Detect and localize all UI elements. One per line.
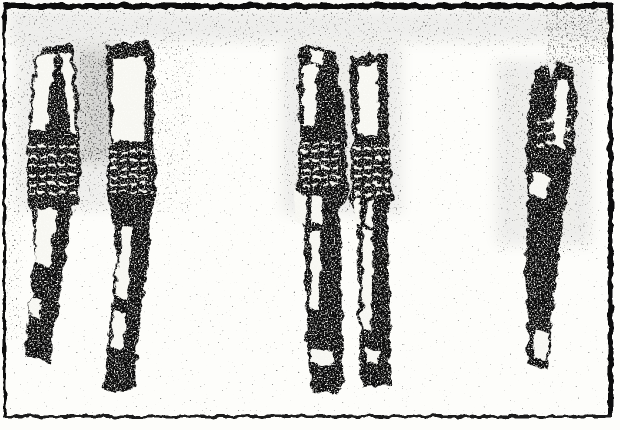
pin-4-highlight xyxy=(365,348,380,364)
pin-2-thread-rib xyxy=(110,192,152,193)
border-left xyxy=(3,3,6,418)
pin-2-thread-rib xyxy=(110,152,152,153)
photo xyxy=(0,0,620,430)
border-right xyxy=(608,3,613,418)
pin-2-thread-rib xyxy=(110,184,152,185)
pin-4-highlight xyxy=(358,63,379,136)
photo-frame xyxy=(0,0,620,430)
border-top xyxy=(3,3,613,9)
pin-2-thread-rib xyxy=(110,176,152,177)
border-bottom xyxy=(3,415,613,418)
grain-patch-medium xyxy=(152,40,194,95)
pin-3-highlight xyxy=(311,348,333,366)
pin-3-highlight xyxy=(311,50,324,64)
pin-2-thread-rib xyxy=(110,160,152,161)
pin-3-highlight xyxy=(295,192,306,225)
pin-3-highlight xyxy=(303,64,317,128)
pin-2-thread-rib xyxy=(110,168,152,169)
page: { "meta": { "type": "photograph", "style… xyxy=(0,0,620,430)
grain-patch-dense xyxy=(546,6,610,64)
pin-2-highlight xyxy=(112,57,146,142)
pin-3-highlight xyxy=(311,196,322,224)
